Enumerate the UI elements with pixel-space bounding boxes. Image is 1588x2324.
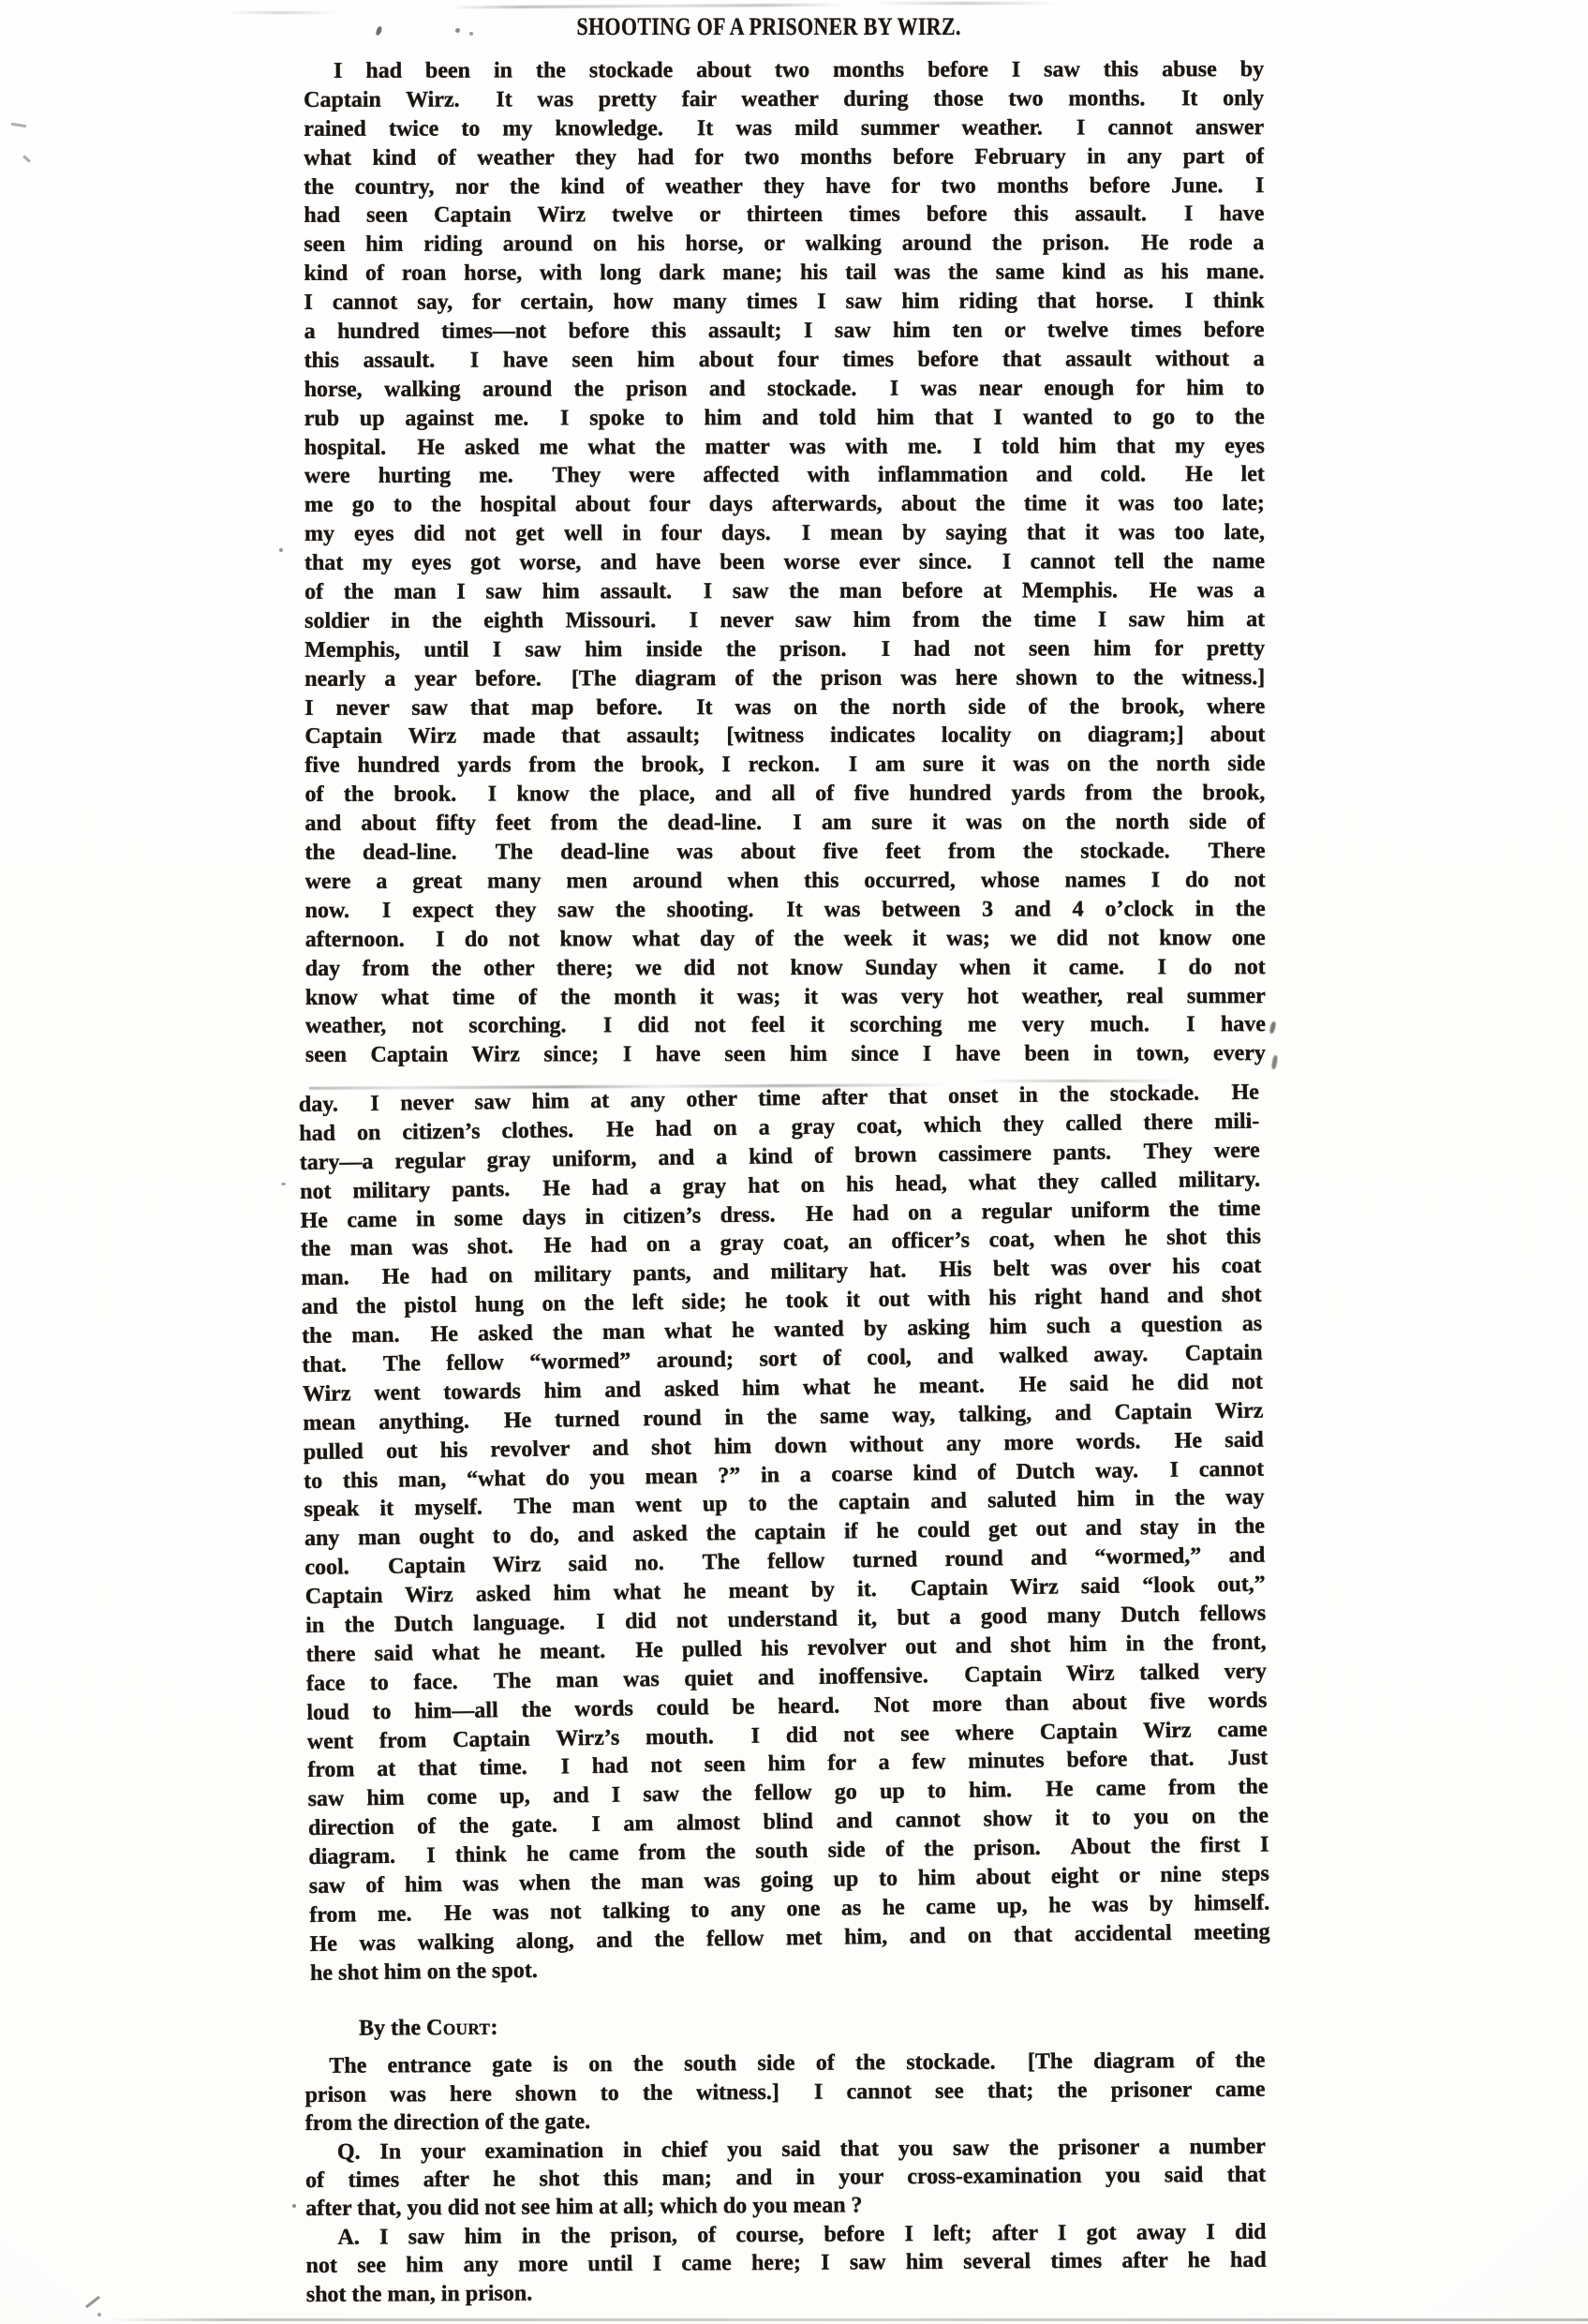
text-line: of the brook. I know the place, and all … — [304, 779, 1265, 810]
court-question: Q. In your examination in chief you said… — [305, 2132, 1267, 2223]
text-line: know what time of the month it was; it w… — [305, 982, 1266, 1013]
scan-artifact — [225, 11, 337, 14]
court-heading-smallcaps: Court — [426, 2016, 491, 2040]
text-line: shot the man, in prison. — [306, 2274, 1267, 2309]
text-line: what kind of weather they had for two mo… — [304, 142, 1264, 173]
text-line: seen Captain Wirz since; I have seen him… — [305, 1039, 1266, 1070]
text-line: five hundred yards from the brook, I rec… — [304, 750, 1265, 781]
scan-artifact — [22, 155, 31, 162]
scan-artifact — [11, 123, 26, 127]
court-answer: A. I saw him in the prison, of course, b… — [305, 2217, 1267, 2308]
text-line: horse, walking around the prison and sto… — [304, 374, 1265, 405]
text-line: of the man I saw him assault. I saw the … — [304, 576, 1265, 607]
page-title: SHOOTING OF A PRISONER BY WIRZ. — [381, 13, 1188, 45]
text-line: Memphis, until I saw him inside the pris… — [304, 634, 1265, 665]
scan-artifact — [279, 548, 283, 552]
testimony-paragraph-1: I had been in the stockade about two mon… — [304, 55, 1266, 1070]
text-line: seen him riding around on his horse, or … — [304, 229, 1264, 260]
text-line: the dead-line. The dead-line was about f… — [305, 837, 1266, 868]
text-line: this assault. I have seen him about four… — [304, 345, 1265, 376]
scan-artifact — [871, 2, 1059, 5]
text-line: kind of roan horse, with long dark mane;… — [304, 258, 1264, 289]
text-line: soldier in the eighth Missouri. I never … — [304, 605, 1265, 636]
text-line: hospital. He asked me what the matter wa… — [304, 432, 1265, 463]
text-line: Captain Wirz made that assault; [witness… — [304, 722, 1265, 752]
text-line: my eyes did not get well in four days. I… — [304, 518, 1265, 549]
text-line: Captain Wirz. It was pretty fair weather… — [304, 84, 1264, 115]
text-line: rub up against me. I spoke to him and to… — [304, 403, 1265, 434]
court-heading-colon: : — [490, 2016, 497, 2040]
scan-artifact — [281, 1183, 286, 1185]
scan-artifact — [1271, 1055, 1279, 1070]
text-line: I had been in the stockade about two mon… — [304, 55, 1264, 86]
text-line: were hurting me. They were affected with… — [304, 461, 1265, 492]
scan-artifact — [97, 2313, 101, 2317]
text-line: prison was here shown to the witness.] I… — [304, 2076, 1265, 2110]
testimony-paragraph-2: day. I never saw him at any other time a… — [299, 1079, 1270, 1989]
scan-artifact — [450, 4, 843, 9]
text-line: nearly a year before. [The diagram of th… — [304, 663, 1265, 694]
court-statement: The entrance gate is on the south side o… — [304, 2047, 1266, 2138]
scan-artifact — [108, 2318, 1588, 2321]
court-heading-prefix: By the — [359, 2016, 426, 2040]
court-heading: By the Court: — [304, 2009, 1265, 2044]
scanned-document-page: SHOOTING OF A PRISONER BY WIRZ. I had be… — [0, 0, 1588, 2324]
text-line: that my eyes got worse, and have been wo… — [304, 547, 1265, 578]
text-line: a hundred times—not before this assault;… — [304, 316, 1265, 347]
scan-artifact — [292, 2204, 296, 2208]
court-examination-section: By the Court: The entrance gate is on th… — [304, 2009, 1267, 2309]
text-line: rained twice to my knowledge. It was mil… — [304, 113, 1264, 144]
text-line: I cannot say, for certain, how many time… — [304, 287, 1264, 318]
text-line: I never saw that map before. It was on t… — [304, 693, 1265, 723]
text-line: were a great many men around when this o… — [305, 866, 1266, 897]
text-line: afternoon. I do not know what day of the… — [305, 924, 1266, 955]
text-line: now. I expect they saw the shooting. It … — [305, 895, 1266, 926]
text-line: me go to the hospital about four days af… — [304, 489, 1265, 520]
text-line: day from the other there; we did not kno… — [305, 953, 1266, 984]
text-line: weather, not scorching. I did not feel i… — [305, 1010, 1266, 1041]
text-line: the country, nor the kind of weather the… — [304, 171, 1264, 202]
scan-artifact — [85, 2296, 100, 2308]
text-line: and about fifty feet from the dead-line.… — [304, 808, 1265, 839]
scan-artifact — [1269, 1021, 1277, 1035]
text-line: not see him any more until I came here; … — [306, 2246, 1267, 2281]
text-line: had seen Captain Wirz twelve or thirteen… — [304, 201, 1264, 231]
